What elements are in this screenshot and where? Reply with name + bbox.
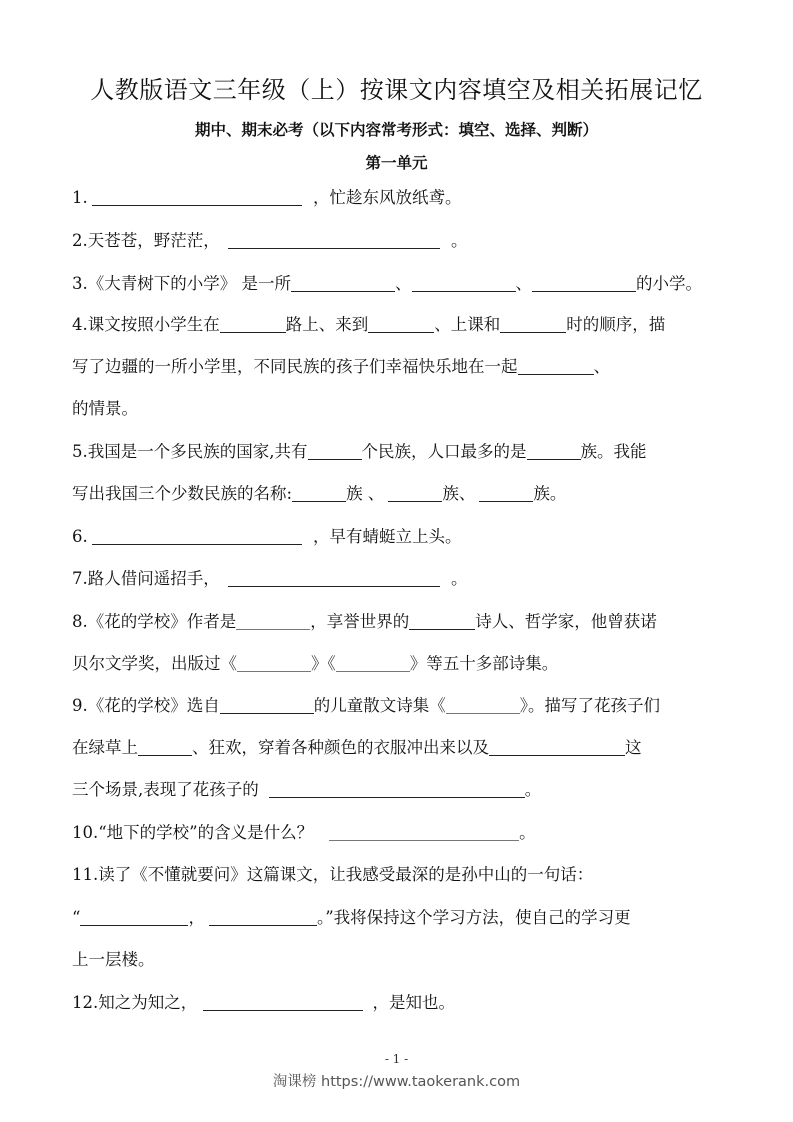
watermark-link[interactable]: 淘课榜 https://www.taokerank.com <box>0 1070 793 1091</box>
question-text: 10.“地下的学校”的含义是什么？ <box>72 823 313 842</box>
question-8-line-2: 贝尔文学奖，出版过《》《》等五十多部诗集。 <box>72 652 737 676</box>
question-text: 写了边疆的一所小学里，不同民族的孩子们幸福快乐地在一起 <box>72 357 518 376</box>
question-text: 的小学。 <box>636 274 702 293</box>
answer-blank[interactable] <box>138 737 192 756</box>
question-text: 。 <box>525 780 542 799</box>
question-2: 2.天苍苍，野茫茫， 。 <box>72 229 737 253</box>
question-text: 路上、来到 <box>286 315 369 334</box>
answer-blank[interactable] <box>388 483 442 502</box>
question-text: 、 <box>594 357 611 376</box>
page-number: - 1 - <box>0 1052 793 1066</box>
answer-blank[interactable] <box>412 273 516 292</box>
question-text: 。 <box>451 569 468 588</box>
question-text: ，是知也。 <box>373 993 456 1012</box>
question-text: 的儿童散文诗集《 <box>314 696 446 715</box>
answer-blank[interactable] <box>220 314 286 333</box>
question-number: 6. <box>72 527 88 546</box>
answer-blank[interactable] <box>228 230 440 249</box>
answer-blank[interactable] <box>291 273 395 292</box>
question-11-line-2: “，。”我将保持这个学习方法，使自己的学习更 <box>72 906 737 930</box>
question-text: 。”我将保持这个学习方法，使自己的学习更 <box>317 908 631 927</box>
answer-blank[interactable] <box>479 483 533 502</box>
question-text: 的情景。 <box>72 399 138 418</box>
answer-blank[interactable] <box>203 992 363 1011</box>
question-11: 11.读了《不懂就要问》这篇课文，让我感受最深的是孙中山的一句话： <box>72 863 737 887</box>
question-text: “ <box>72 908 80 927</box>
question-text: 写出我国三个少数民族的名称: <box>72 484 292 503</box>
question-7: 7.路人借问遥招手， 。 <box>72 567 737 591</box>
unit-heading: 第一单元 <box>0 151 793 173</box>
answer-blank[interactable] <box>368 314 434 333</box>
answer-blank[interactable] <box>308 441 362 460</box>
answer-blank[interactable] <box>527 441 581 460</box>
question-5-line-2: 写出我国三个少数民族的名称:族 、族、族。 <box>72 482 737 506</box>
question-6: 6. ，早有蜻蜓立上头。 <box>72 525 737 549</box>
answer-blank[interactable] <box>269 779 525 798</box>
page-title: 人教版语文三年级（上）按课文内容填空及相关拓展记忆 <box>0 70 793 105</box>
question-text: 12.知之为知之， <box>72 993 197 1012</box>
question-text: ，早有蜻蜓立上头。 <box>313 527 462 546</box>
question-text: 、狂欢，穿着各种颜色的衣服冲出来以及 <box>192 738 489 757</box>
question-9-line-3: 三个场景,表现了花孩子的。 <box>72 778 737 802</box>
question-5: 5.我国是一个多民族的国家,共有个民族，人口最多的是族。我能 <box>72 440 737 464</box>
question-11-line-3: 上一层楼。 <box>72 948 737 972</box>
question-text: 诗人、哲学家，他曾获诺 <box>475 612 657 631</box>
question-text: 族、 <box>442 484 475 503</box>
question-3: 3.《大青树下的小学》 是一所、、的小学。 <box>72 272 737 296</box>
answer-blank[interactable] <box>92 187 302 206</box>
answer-blank[interactable] <box>518 356 594 375</box>
question-text: 、 <box>395 274 412 293</box>
question-text: 三个场景,表现了花孩子的 <box>72 780 259 799</box>
answer-blank[interactable] <box>446 695 520 714</box>
answer-blank[interactable] <box>329 822 519 841</box>
question-text: 3.《大青树下的小学》 是一所 <box>72 274 291 293</box>
question-9: 9.《花的学校》选自的儿童散文诗集《》。描写了花孩子们 <box>72 694 737 718</box>
question-4-line-2: 写了边疆的一所小学里，不同民族的孩子们幸福快乐地在一起、 <box>72 355 737 379</box>
question-text: 这 <box>625 738 642 757</box>
page-subtitle: 期中、期末必考（以下内容常考形式：填空、选择、判断） <box>0 118 793 140</box>
answer-blank[interactable] <box>92 526 302 545</box>
answer-blank[interactable] <box>532 273 636 292</box>
answer-blank[interactable] <box>236 611 310 630</box>
question-text: 。 <box>519 823 536 842</box>
question-text: ，享誉世界的 <box>310 612 409 631</box>
question-text: 》《 <box>311 654 336 673</box>
question-text: ，忙趁东风放纸鸢。 <box>313 188 462 207</box>
question-text: 族。我能 <box>581 442 647 461</box>
answer-blank[interactable] <box>209 907 317 926</box>
question-1: 1. ，忙趁东风放纸鸢。 <box>72 186 737 210</box>
question-text: 》。描写了花孩子们 <box>520 696 660 715</box>
question-text: 上一层楼。 <box>72 950 155 969</box>
question-text: ， <box>188 908 205 927</box>
question-text: 贝尔文学奖，出版过《 <box>72 654 237 673</box>
question-text: 、上课和 <box>434 315 500 334</box>
question-text: 5.我国是一个多民族的国家,共有 <box>72 442 308 461</box>
question-text: 个民族，人口最多的是 <box>362 442 527 461</box>
answer-blank[interactable] <box>292 483 346 502</box>
answer-blank[interactable] <box>80 907 188 926</box>
question-text: 在绿草上 <box>72 738 138 757</box>
question-4-line-3: 的情景。 <box>72 397 737 421</box>
answer-blank[interactable] <box>237 653 311 672</box>
question-9-line-2: 在绿草上、狂欢，穿着各种颜色的衣服冲出来以及这 <box>72 736 737 760</box>
question-text: 7.路人借问遥招手， <box>72 569 220 588</box>
question-12: 12.知之为知之， ，是知也。 <box>72 991 737 1015</box>
question-text: 2.天苍苍，野茫茫， <box>72 231 220 250</box>
question-10: 10.“地下的学校”的含义是什么？。 <box>72 821 737 845</box>
question-text: 11.读了《不懂就要问》这篇课文，让我感受最深的是孙中山的一句话： <box>72 865 593 884</box>
question-number: 1. <box>72 188 88 207</box>
question-text: 4.课文按照小学生在 <box>72 315 220 334</box>
question-text: 族。 <box>533 484 566 503</box>
question-8: 8.《花的学校》作者是，享誉世界的诗人、哲学家，他曾获诺 <box>72 610 737 634</box>
answer-blank[interactable] <box>500 314 566 333</box>
question-text: 族 、 <box>346 484 384 503</box>
answer-blank[interactable] <box>489 737 625 756</box>
answer-blank[interactable] <box>336 653 410 672</box>
answer-blank[interactable] <box>228 568 440 587</box>
question-text: 时的顺序，描 <box>566 315 665 334</box>
answer-blank[interactable] <box>409 611 475 630</box>
answer-blank[interactable] <box>220 695 314 714</box>
question-text: 》等五十多部诗集。 <box>410 654 559 673</box>
question-text: 。 <box>451 231 468 250</box>
question-4: 4.课文按照小学生在路上、来到、上课和时的顺序，描 <box>72 313 737 337</box>
question-text: 、 <box>516 274 533 293</box>
question-text: 8.《花的学校》作者是 <box>72 612 236 631</box>
question-text: 9.《花的学校》选自 <box>72 696 220 715</box>
